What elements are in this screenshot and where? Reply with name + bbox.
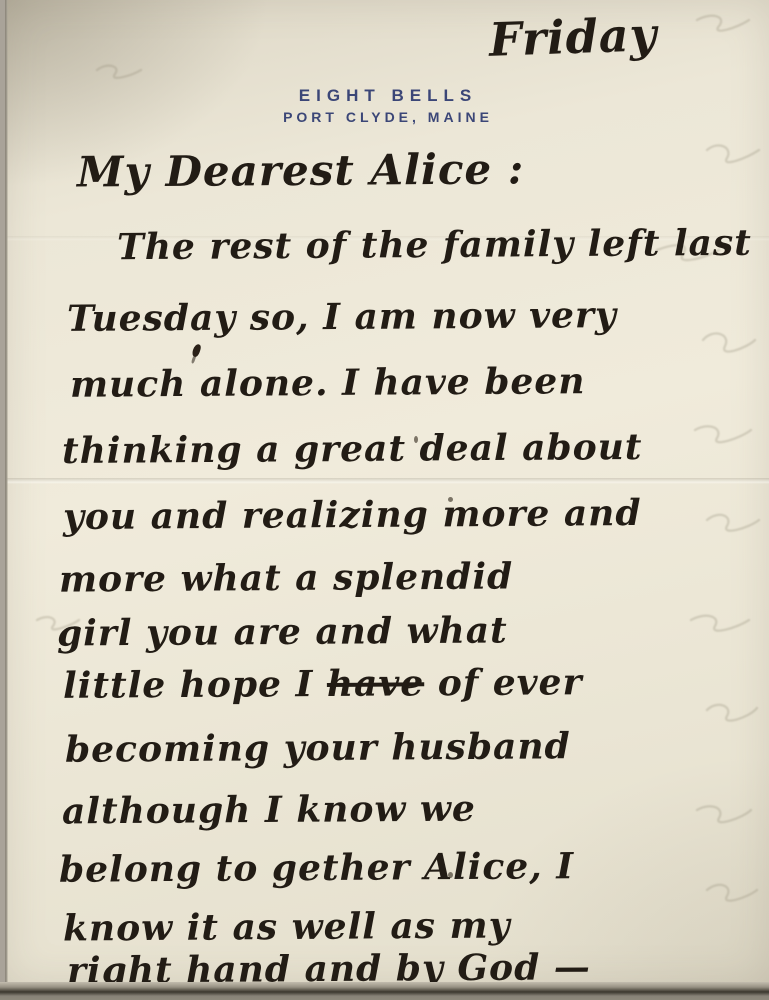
handwriting-line: know it as well as my <box>63 904 511 949</box>
letterhead: EIGHT BELLS PORT CLYDE, MAINE <box>7 86 769 125</box>
handwriting-line: Tuesday so, I am now very <box>67 294 617 340</box>
salutation: My Dearest Alice : <box>77 144 525 196</box>
handwriting-line: The rest of the family left last <box>117 222 752 268</box>
ink-speck <box>448 872 453 878</box>
paper-bottom-edge <box>0 982 769 1000</box>
handwriting-line: although I know we <box>62 788 476 833</box>
handwriting-line: thinking a great deal about <box>62 426 643 472</box>
date-line: Friday <box>488 7 658 67</box>
handwriting-line-with-strikethrough: little hope I have of ever <box>63 661 583 707</box>
strikethrough-word: have <box>327 662 425 705</box>
handwriting-line: more what a splendid <box>59 555 514 600</box>
handwriting-line: you and realizing more and <box>63 492 642 538</box>
handwriting-line: much alone. I have been <box>70 360 586 406</box>
letter-photograph: Friday EIGHT BELLS PORT CLYDE, MAINE My … <box>0 0 769 1000</box>
handwriting-line: girl you are and what <box>57 609 508 654</box>
ink-speck <box>448 497 453 502</box>
letter-paper: Friday EIGHT BELLS PORT CLYDE, MAINE My … <box>7 0 769 984</box>
strike-line-pre: little hope I <box>63 663 327 707</box>
handwriting-line: becoming your husband <box>65 725 571 771</box>
ink-speck <box>414 436 418 443</box>
paper-edge-shadow <box>5 0 8 986</box>
handwriting-line: belong to gether Alice, I <box>59 845 574 891</box>
letterhead-name: EIGHT BELLS <box>7 86 769 106</box>
strike-line-post: of ever <box>424 661 583 704</box>
letterhead-location: PORT CLYDE, MAINE <box>7 109 769 125</box>
